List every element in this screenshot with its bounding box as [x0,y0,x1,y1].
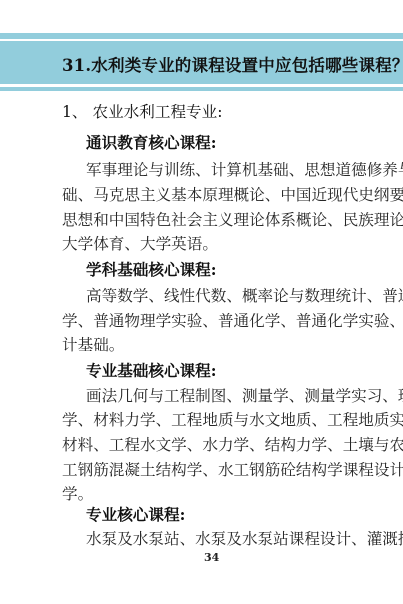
group-title-discipline-foundation: 学科基础核心课程: [86,260,217,280]
group-title-major-foundation: 专业基础核心课程: [86,361,217,381]
paragraph-line: 材料、工程水文学、水力学、结构力学、土壤与农作学、水 [62,435,403,455]
page-number: 34 [204,551,219,564]
paragraph-line: 学、普通物理学实验、普通化学、普通化学实验、VB 程序设 [62,311,403,331]
group-title-major-core: 专业核心课程: [86,505,185,525]
paragraph-line: 计基础。 [62,335,124,355]
paragraph-line: 础、马克思主义基本原理概论、中国近现代史纲要、毛泽东 [62,185,403,205]
question-title: 31.水利类专业的课程设置中应包括哪些课程？ [62,52,403,76]
paragraph-line: 思想和中国特色社会主义理论体系概论、民族理论与政策、 [62,210,403,230]
paragraph-line: 工钢筋混凝土结构学、水工钢筋砼结构学课程设计、土力 [62,460,403,480]
title-banner-top-stripe [0,33,403,39]
paragraph-line: 画法几何与工程制图、测量学、测量学实习、理论力 [86,386,403,406]
paragraph-line: 水泵及水泵站、水泵及水泵站课程设计、灌溉排水工程 [86,529,403,549]
title-banner-bottom-stripe [0,87,403,91]
section-heading: 1、 农业水利工程专业: [62,102,222,122]
group-title-general-education: 通识教育核心课程: [86,133,217,153]
paragraph-line: 学。 [62,484,93,504]
paragraph-line: 学、材料力学、工程地质与水文地质、工程地质实习、建筑 [62,410,403,430]
paragraph-line: 大学体育、大学英语。 [62,234,218,254]
paragraph-line: 高等数学、线性代数、概率论与数理统计、普通物理 [86,286,403,306]
paragraph-line: 军事理论与训练、计算机基础、思想道德修养与法律基 [86,160,403,180]
title-banner: 31.水利类专业的课程设置中应包括哪些课程？ [0,41,403,84]
